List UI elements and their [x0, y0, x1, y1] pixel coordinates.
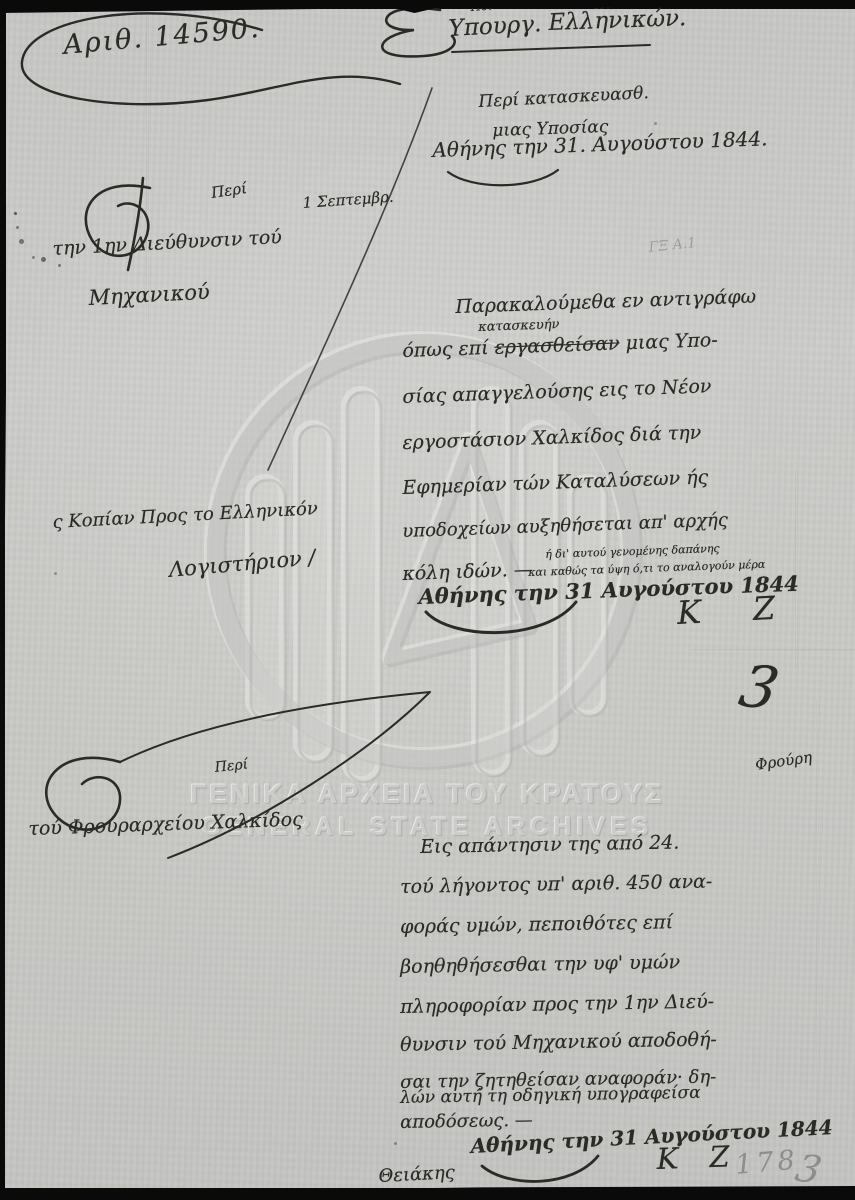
second-paragraph-line: Εις απάντησιν της από 24.	[420, 831, 680, 858]
interlinear-insertion: κατασκευήν	[478, 317, 560, 335]
ministry-word: Υπουργ.	[448, 11, 542, 42]
clerk-initials: Κ Ζ	[676, 589, 776, 632]
line-text: όπως επί	[402, 337, 495, 362]
ministry-word: Ελληνικών.	[548, 5, 687, 36]
signature: Θειάκης	[378, 1162, 455, 1187]
second-paragraph-line: αποδόσεως. —	[400, 1110, 533, 1133]
line-text: μιας Υπο-	[619, 329, 718, 354]
scan-edge-left	[0, 0, 6, 520]
page-number: 178	[734, 1144, 800, 1180]
scan-edge-bottom	[0, 1186, 855, 1200]
scan-edge-bottom-left	[0, 1112, 5, 1192]
clerk-initials: Κ Ζ	[656, 1139, 730, 1176]
struck-word: εργασθείσαν	[494, 332, 620, 358]
ink-specks	[14, 212, 17, 215]
document-scan: ΓΕΝΙΚΑ ΑΡΧΕΙΑ ΤΟΥ ΚΡΑΤΟΥΣ GENERAL STATE …	[0, 0, 855, 1200]
